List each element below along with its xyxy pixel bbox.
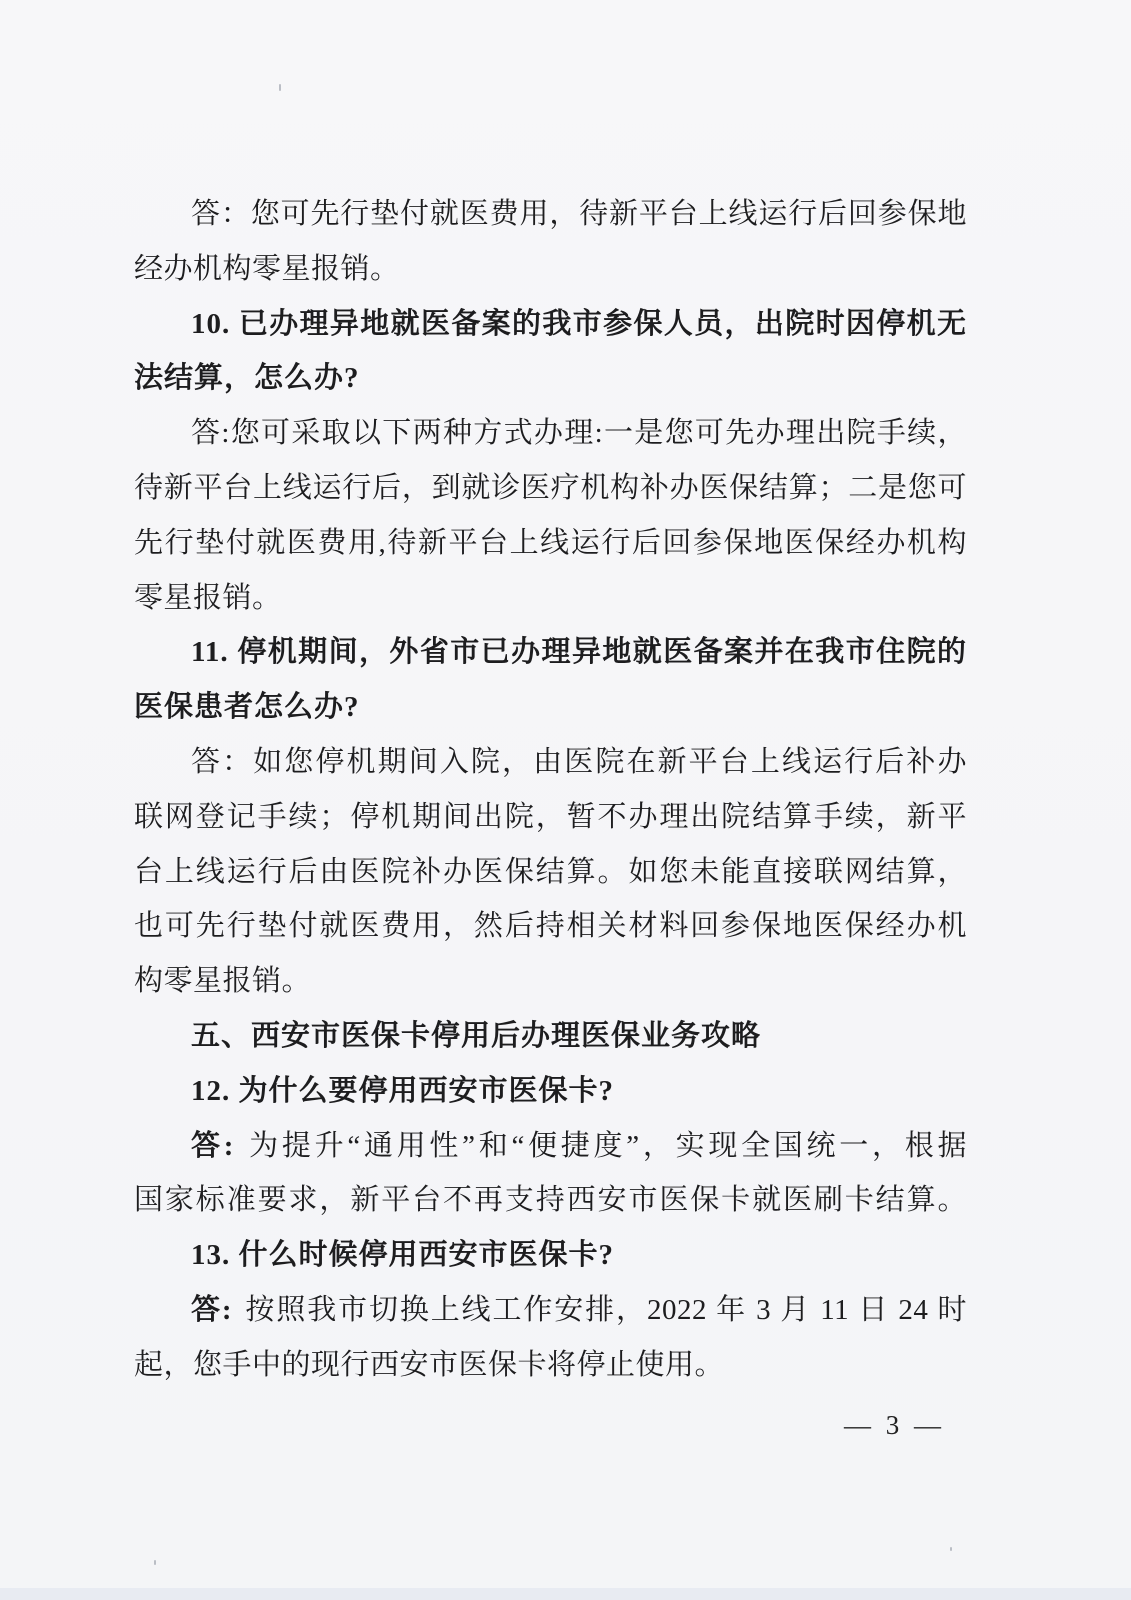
- document-text-block: 答：您可先行垫付就医费用，待新平台上线运行后回参保地 经办机构零星报销。 10.…: [134, 187, 967, 1393]
- answer-text: 按照我市切换上线工作安排，2022 年 3 月 11 日 24 时: [244, 1294, 967, 1326]
- answer-line: 答:按照我市切换上线工作安排，2022 年 3 月 11 日 24 时: [134, 1283, 967, 1338]
- answer-line: 答：您可先行垫付就医费用，待新平台上线运行后回参保地: [134, 187, 967, 242]
- answer-line: 联网登记手续；停机期间出院，暂不办理出院结算手续，新平: [134, 790, 967, 845]
- answer-line: 答:您可采取以下两种方式办理:一是您可先办理出院手续，: [134, 406, 967, 461]
- scan-speck: [154, 1560, 156, 1565]
- answer-lead: 答:: [191, 1294, 232, 1326]
- question-line: 11. 停机期间，外省市已办理异地就医备案并在我市住院的: [134, 625, 967, 680]
- answer-line: 台上线运行后由医院补办医保结算。如您未能直接联网结算，: [134, 845, 967, 900]
- answer-text: 为提升“通用性”和“便捷度”，实现全国统一，根据: [246, 1130, 967, 1162]
- scan-edge-strip: [0, 1588, 1131, 1600]
- question-line: 医保患者怎么办?: [134, 680, 967, 735]
- section-heading: 五、西安市医保卡停用后办理医保业务攻略: [134, 1009, 967, 1064]
- answer-line: 答:为提升“通用性”和“便捷度”，实现全国统一，根据: [134, 1119, 967, 1174]
- answer-line: 构零星报销。: [134, 954, 967, 1009]
- answer-line: 零星报销。: [134, 571, 967, 626]
- answer-line: 经办机构零星报销。: [134, 242, 967, 297]
- answer-line: 起，您手中的现行西安市医保卡将停止使用。: [134, 1338, 967, 1393]
- page-number: — 3 —: [844, 1410, 945, 1441]
- answer-line: 先行垫付就医费用,待新平台上线运行后回参保地医保经办机构: [134, 516, 967, 571]
- question-line: 13. 什么时候停用西安市医保卡?: [134, 1228, 967, 1283]
- question-line: 12. 为什么要停用西安市医保卡?: [134, 1064, 967, 1119]
- scan-speck: [950, 1547, 952, 1551]
- question-line: 法结算，怎么办?: [134, 351, 967, 406]
- answer-line: 也可先行垫付就医费用，然后持相关材料回参保地医保经办机: [134, 899, 967, 954]
- answer-line: 国家标准要求，新平台不再支持西安市医保卡就医刷卡结算。: [134, 1173, 967, 1228]
- document-page: 答：您可先行垫付就医费用，待新平台上线运行后回参保地 经办机构零星报销。 10.…: [0, 0, 1131, 1600]
- scan-speck: [279, 84, 281, 91]
- answer-line: 待新平台上线运行后，到就诊医疗机构补办医保结算；二是您可: [134, 461, 967, 516]
- answer-line: 答：如您停机期间入院，由医院在新平台上线运行后补办: [134, 735, 967, 790]
- question-line: 10. 已办理异地就医备案的我市参保人员，出院时因停机无: [134, 297, 967, 352]
- answer-lead: 答:: [191, 1130, 234, 1162]
